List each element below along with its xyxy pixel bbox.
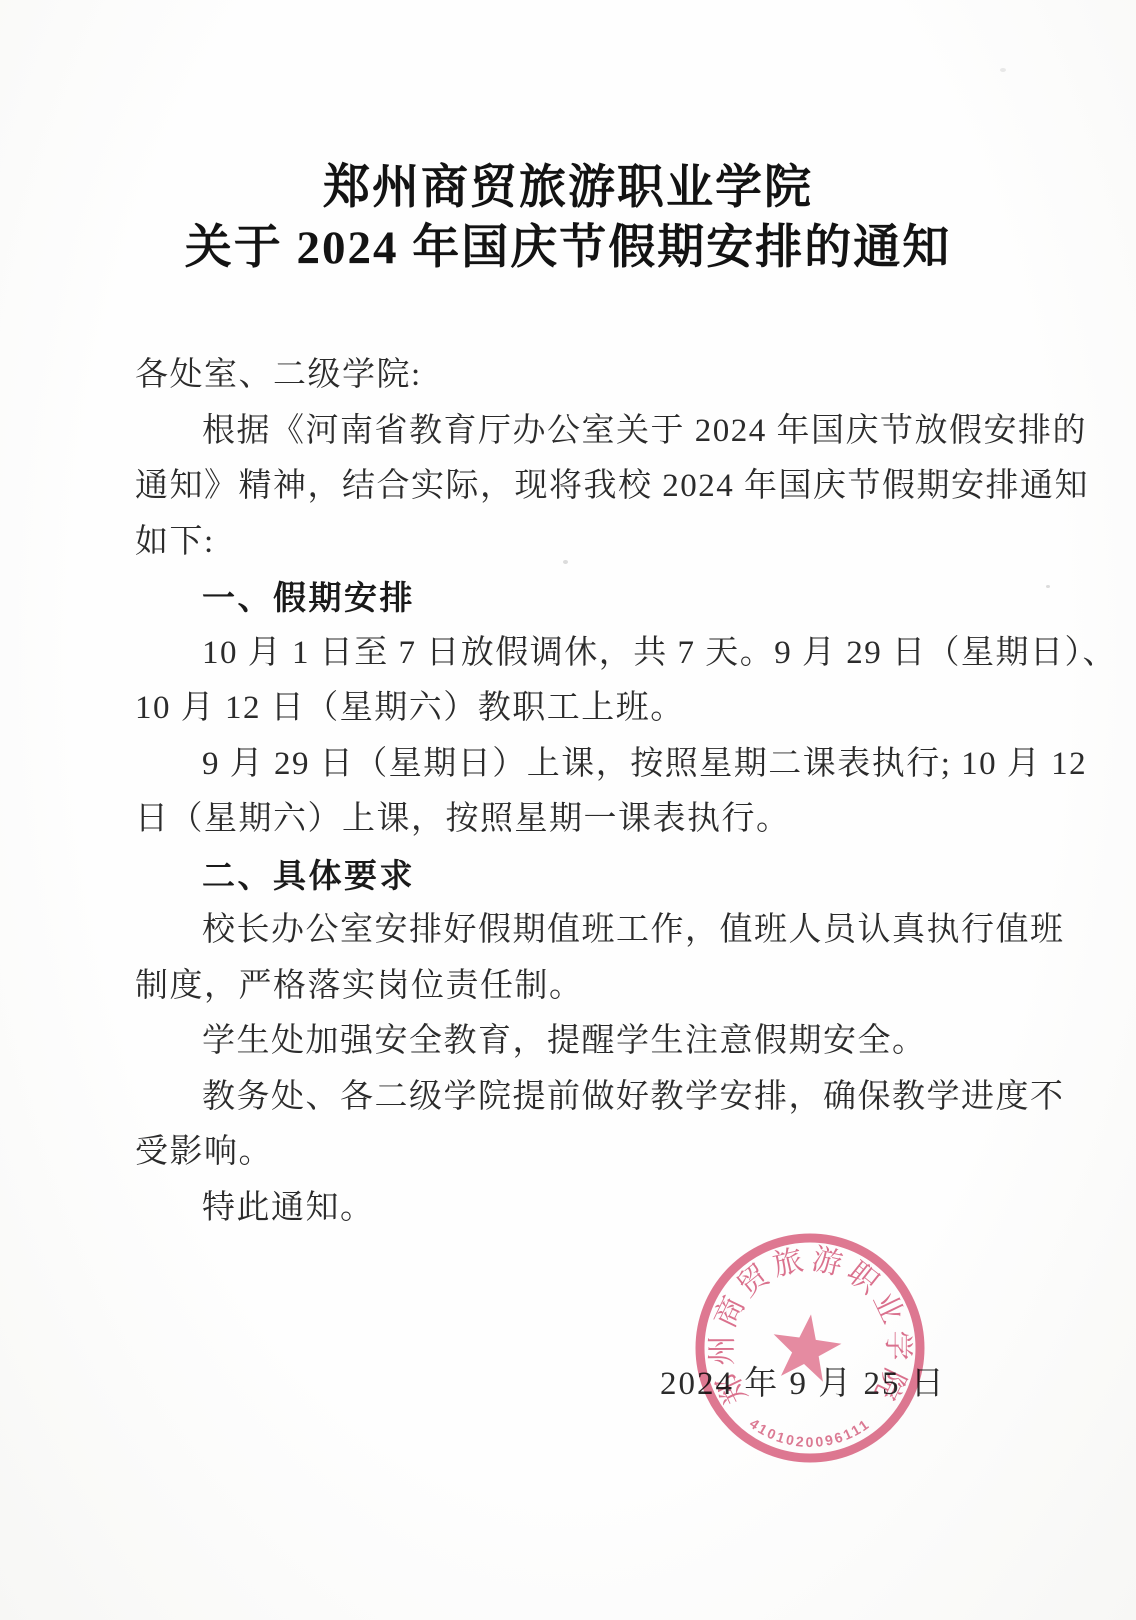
- body-line: 学生处加强安全教育，提醒学生注意假期安全。: [135, 1014, 1015, 1070]
- scanned-notice-page: 郑州商贸旅游职业学院 关于 2024 年国庆节假期安排的通知 各处室、二级学院:…: [0, 0, 1136, 1620]
- scan-speck: [1046, 585, 1050, 588]
- seal-serial-number: 4101020096111: [747, 1415, 873, 1450]
- body-line: 教务处、各二级学院提前做好教学安排，确保教学进度不: [135, 1070, 1015, 1126]
- title-line-2: 关于 2024 年国庆节假期安排的通知: [0, 218, 1136, 278]
- body-line: 校长办公室安排好假期值班工作，值班人员认真执行值班: [135, 903, 1015, 959]
- notice-body: 各处室、二级学院: 根据《河南省教育厅办公室关于 2024 年国庆节放假安排的 …: [135, 348, 1015, 1236]
- salutation: 各处室、二级学院:: [135, 348, 1015, 404]
- title-line-1: 郑州商贸旅游职业学院: [0, 158, 1136, 218]
- scan-speck: [563, 560, 568, 564]
- closing-line: 特此通知。: [135, 1181, 1015, 1237]
- body-line: 根据《河南省教育厅办公室关于 2024 年国庆节放假安排的: [135, 404, 1015, 460]
- body-line: 通知》精神，结合实际，现将我校 2024 年国庆节假期安排通知: [135, 459, 1015, 515]
- seal-ring: [700, 1238, 920, 1458]
- body-line: 受影响。: [135, 1125, 1015, 1181]
- body-line: 日（星期六）上课，按照星期一课表执行。: [135, 792, 1015, 848]
- section-heading-1: 一、假期安排: [135, 570, 1015, 626]
- document-date: 2024 年 9 月 25 日: [660, 1357, 946, 1404]
- scan-speck: [1000, 68, 1006, 72]
- official-seal: 郑州商贸旅游职业学院 4101020096111: [668, 1206, 952, 1490]
- body-line: 如下:: [135, 515, 1015, 571]
- body-line: 10 月 1 日至 7 日放假调休，共 7 天。9 月 29 日（星期日）、: [135, 626, 1015, 682]
- body-line: 9 月 29 日（星期日）上课，按照星期二课表执行; 10 月 12: [135, 737, 1015, 793]
- body-line: 制度，严格落实岗位责任制。: [135, 959, 1015, 1015]
- page-title: 郑州商贸旅游职业学院 关于 2024 年国庆节假期安排的通知: [0, 158, 1136, 278]
- body-line: 10 月 12 日（星期六）教职工上班。: [135, 681, 1015, 737]
- section-heading-2: 二、具体要求: [135, 848, 1015, 904]
